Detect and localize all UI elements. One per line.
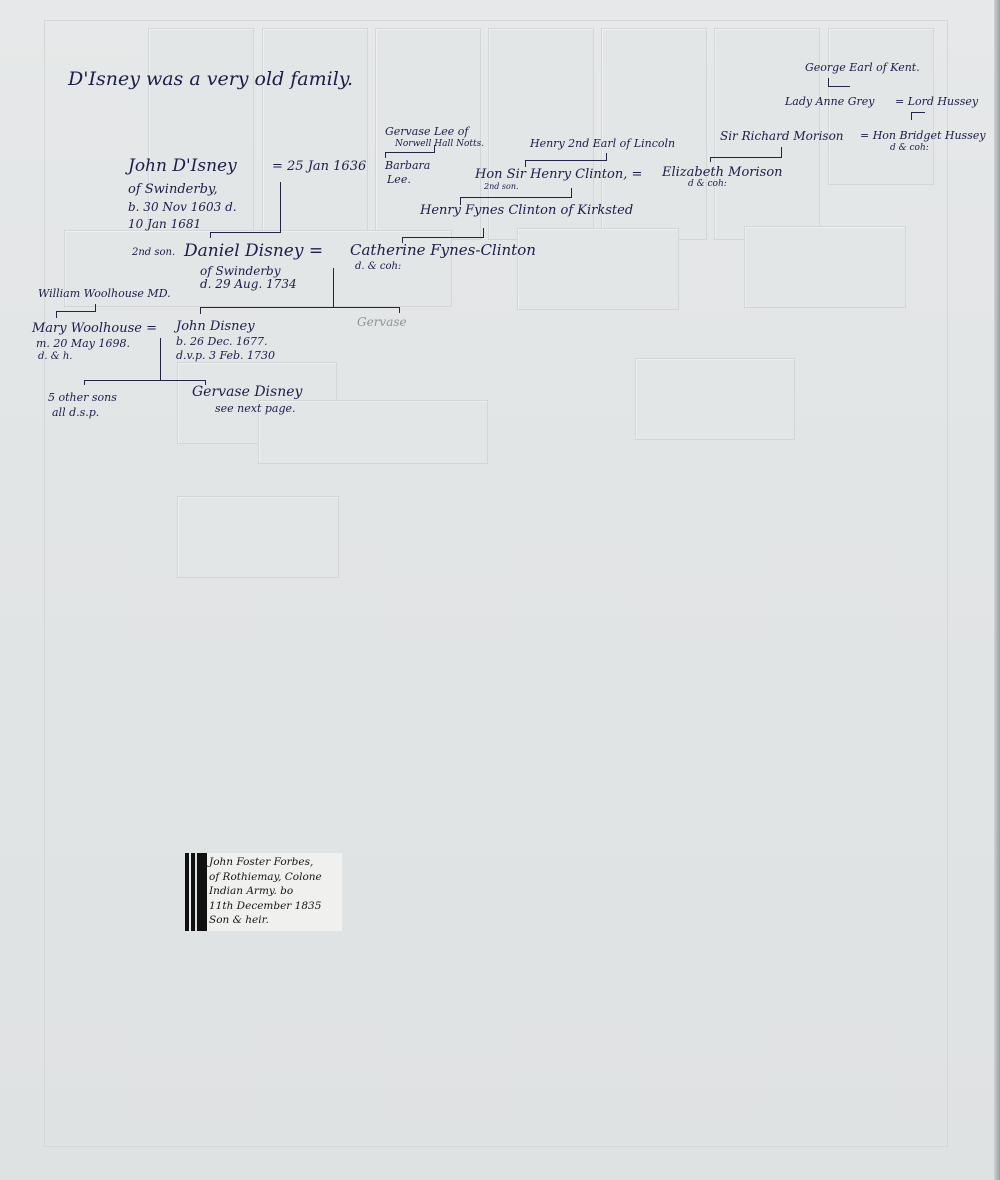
catherine-note: d. & coh: xyxy=(355,262,401,273)
john-disney-marriage: = 25 Jan 1636 xyxy=(272,160,366,174)
henry-clinton-note: 2nd son. xyxy=(484,183,519,191)
mary-note: d. & h. xyxy=(38,352,72,363)
document-page: D'Isney was a very old family. George Ea… xyxy=(0,0,1000,1180)
mary-woolhouse: Mary Woolhouse = xyxy=(32,322,157,336)
john-disney-died: 10 Jan 1681 xyxy=(128,218,201,231)
see-next-page: see next page. xyxy=(215,403,296,415)
henry-earl-lincoln: Henry 2nd Earl of Lincoln xyxy=(530,138,675,150)
other-sons: 5 other sons xyxy=(48,392,117,404)
embossed-box xyxy=(262,28,368,240)
john-disney-born: b. 30 Nov 1603 d. xyxy=(128,201,237,214)
other-sons-note: all d.s.p. xyxy=(52,407,99,419)
barbara-lee: Barbara xyxy=(385,160,430,172)
william-woolhouse: William Woolhouse MD. xyxy=(38,288,171,300)
gervase-disney: Gervase Disney xyxy=(192,385,302,400)
daniel-prefix: 2nd son. xyxy=(132,248,175,259)
henry-fynes-clinton: Henry Fynes Clinton of Kirksted xyxy=(420,204,633,218)
embossed-box xyxy=(744,226,906,308)
page-edge xyxy=(994,0,1000,1180)
card-edge-stripes xyxy=(185,853,207,931)
daniel-disney-name: Daniel Disney = xyxy=(184,243,323,261)
john-disney-jr: John Disney xyxy=(176,320,255,334)
inset-card-text: John Foster Forbes, of Rothiemay, Colone… xyxy=(209,855,322,928)
embossed-box xyxy=(177,496,339,578)
john-disney-place: of Swinderby, xyxy=(128,183,218,197)
mary-married: m. 20 May 1698. xyxy=(36,338,130,350)
gervase-lee: Gervase Lee of xyxy=(385,126,469,138)
john-disney-name: John D'Isney xyxy=(128,158,237,176)
hon-sir-henry-clinton: Hon Sir Henry Clinton, = xyxy=(475,168,642,182)
daniel-died: d. 29 Aug. 1734 xyxy=(200,278,297,291)
daniel-place: of Swinderby xyxy=(200,265,281,278)
lord-hussey: = Lord Hussey xyxy=(895,96,978,108)
gervase-faint: Gervase xyxy=(357,316,407,329)
page-heading: D'Isney was a very old family. xyxy=(68,70,353,90)
john-disney-jr-died: d.v.p. 3 Feb. 1730 xyxy=(176,350,275,362)
hon-bridget-hussey: = Hon Bridget Hussey xyxy=(860,130,986,142)
embossed-box xyxy=(635,358,795,440)
elizabeth-morison: Elizabeth Morison xyxy=(662,166,783,180)
inset-photo-card: John Foster Forbes, of Rothiemay, Colone… xyxy=(185,853,342,931)
catherine-fynes-clinton: Catherine Fynes-Clinton xyxy=(350,243,536,259)
sir-richard-morison: Sir Richard Morison xyxy=(720,130,844,143)
george-earl-of-kent: George Earl of Kent. xyxy=(805,62,920,74)
lady-anne-grey: Lady Anne Grey xyxy=(785,96,875,108)
john-disney-jr-born: b. 26 Dec. 1677. xyxy=(176,336,268,348)
barbara-lee-2: Lee. xyxy=(387,174,411,186)
embossed-box xyxy=(517,228,679,310)
gervase-lee-place: Norwell Hall Notts. xyxy=(395,140,484,149)
elizabeth-note: d & coh: xyxy=(688,180,727,189)
bridget-note: d & coh: xyxy=(890,144,929,153)
